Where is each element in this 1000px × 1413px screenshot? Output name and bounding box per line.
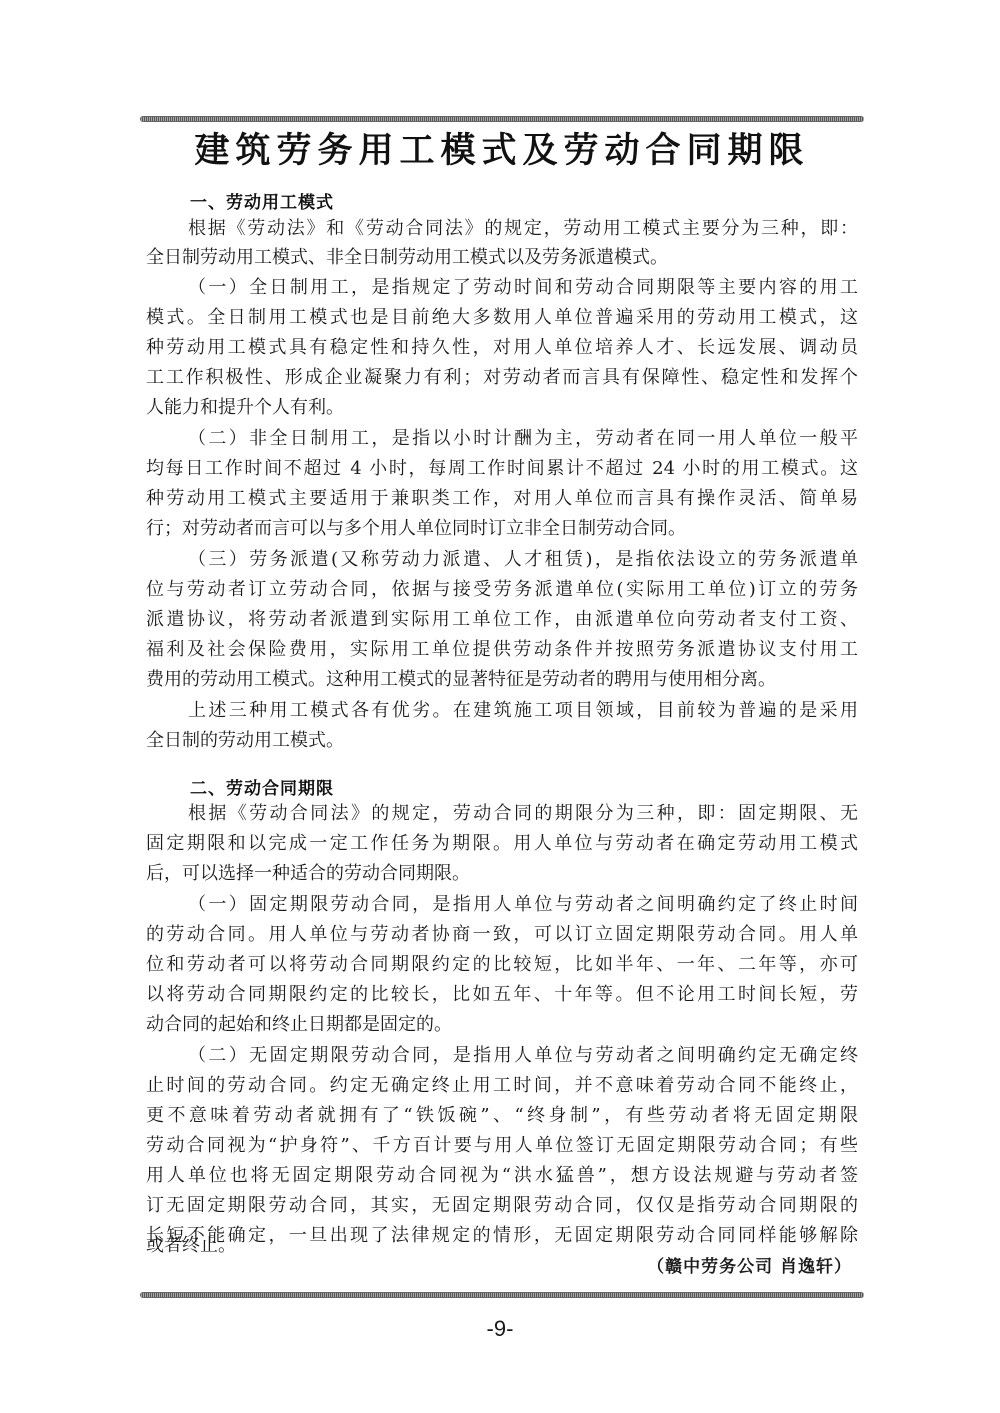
page-number: -9- <box>0 1316 1000 1342</box>
paragraph-line: 种劳动用工模式主要适用于兼职类工作，对用人单位而言具有操作灵活、简单易 <box>146 487 858 511</box>
paragraph-line: 位和劳动者可以将劳动合同期限约定的比较短，比如半年、一年、二年等，亦可 <box>146 953 858 977</box>
paragraph-line: 全日制的劳动用工模式。 <box>146 729 858 753</box>
paragraph-line: 人能力和提升个人有利。 <box>146 396 858 420</box>
paragraph-line: 根据《劳动合同法》的规定，劳动合同的期限分为三种，即：固定期限、无 <box>188 802 858 826</box>
paragraph-line: 更不意味着劳动者就拥有了“铁饭碗”、“终身制”，有些劳动者将无固定期限 <box>146 1104 858 1128</box>
paragraph-line: 订无固定期限劳动合同，其实，无固定期限劳动合同，仅仅是指劳动合同期限的 <box>146 1194 858 1218</box>
paragraph-line: 派遣协议，将劳动者派遣到实际用工单位工作，由派遣单位向劳动者支付工资、 <box>146 608 858 632</box>
paragraph-line: （一）全日制用工，是指规定了劳动时间和劳动合同期限等主要内容的用工 <box>188 276 858 300</box>
top-decorative-rule <box>140 116 864 122</box>
paragraph-line: （一）固定期限劳动合同，是指用人单位与劳动者之间明确约定了终止时间 <box>188 893 858 917</box>
paragraph-line: 动合同的起始和终止日期都是固定的。 <box>146 1013 858 1037</box>
paragraph-line: 均每日工作时间不超过 4 小时，每周工作时间累计不超过 24 小时的用工模式。这 <box>146 457 858 481</box>
paragraph-line: （三）劳务派遣(又称劳动力派遣、人才租赁)，是指依法设立的劳务派遣单 <box>188 548 858 572</box>
paragraph-line: 后，可以选择一种适合的劳动合同期限。 <box>146 862 858 886</box>
paragraph-line: （二）非全日制用工，是指以小时计酬为主，劳动者在同一用人单位一般平 <box>188 427 858 451</box>
paragraph-line: 止时间的劳动合同。约定无确定终止用工时间，并不意味着劳动合同不能终止， <box>146 1074 858 1098</box>
section-heading-1: 一、劳动用工模式 <box>190 188 334 213</box>
paragraph-line: 用人单位也将无固定期限劳动合同视为“洪水猛兽”，想方设法规避与劳动者签 <box>146 1164 858 1188</box>
paragraph-line: 固定期限和以完成一定工作任务为期限。用人单位与劳动者在确定劳动用工模式 <box>146 832 858 856</box>
paragraph-line: 位与劳动者订立劳动合同，依据与接受劳务派遣单位(实际用工单位)订立的劳务 <box>146 578 858 602</box>
paragraph-line: 行；对劳动者而言可以与多个用人单位同时订立非全日制劳动合同。 <box>146 517 858 541</box>
section-heading-2: 二、劳动合同期限 <box>190 774 334 799</box>
document-title: 建筑劳务用工模式及劳动合同期限 <box>140 128 864 174</box>
paragraph-line: 根据《劳动法》和《劳动合同法》的规定，劳动用工模式主要分为三种，即： <box>188 217 858 241</box>
paragraph-line: 或者终止。 <box>146 1234 858 1258</box>
bottom-decorative-rule <box>140 1292 864 1298</box>
paragraph-line: 上述三种用工模式各有优劣。在建筑施工项目领域，目前较为普遍的是采用 <box>188 699 858 723</box>
paragraph-line: 全日制劳动用工模式、非全日制劳动用工模式以及劳务派遣模式。 <box>146 246 858 270</box>
paragraph-line: 费用的劳动用工模式。这种用工模式的显著特征是劳动者的聘用与使用相分离。 <box>146 668 858 692</box>
paragraph-line: 种劳动用工模式具有稳定性和持久性，对用人单位培养人才、长远发展、调动员 <box>146 336 858 360</box>
paragraph-line: 以将劳动合同期限约定的比较长，比如五年、十年等。但不论用工时间长短，劳 <box>146 983 858 1007</box>
paragraph-line: 模式。全日制用工模式也是目前绝大多数用人单位普遍采用的劳动用工模式，这 <box>146 306 858 330</box>
paragraph-line: （二）无固定期限劳动合同，是指用人单位与劳动者之间明确约定无确定终 <box>188 1044 858 1068</box>
paragraph-line: 的劳动合同。用人单位与劳动者协商一致，可以订立固定期限劳动合同。用人单 <box>146 923 858 947</box>
paragraph-line: 福利及社会保险费用，实际用工单位提供劳动条件并按照劳务派遣协议支付用工 <box>146 638 858 662</box>
paragraph-line: 工工作积极性、形成企业凝聚力有利；对劳动者而言具有保障性、稳定性和发挥个 <box>146 366 858 390</box>
paragraph-line: 劳动合同视为“护身符”、千方百计要与用人单位签订无固定期限劳动合同；有些 <box>146 1134 858 1158</box>
